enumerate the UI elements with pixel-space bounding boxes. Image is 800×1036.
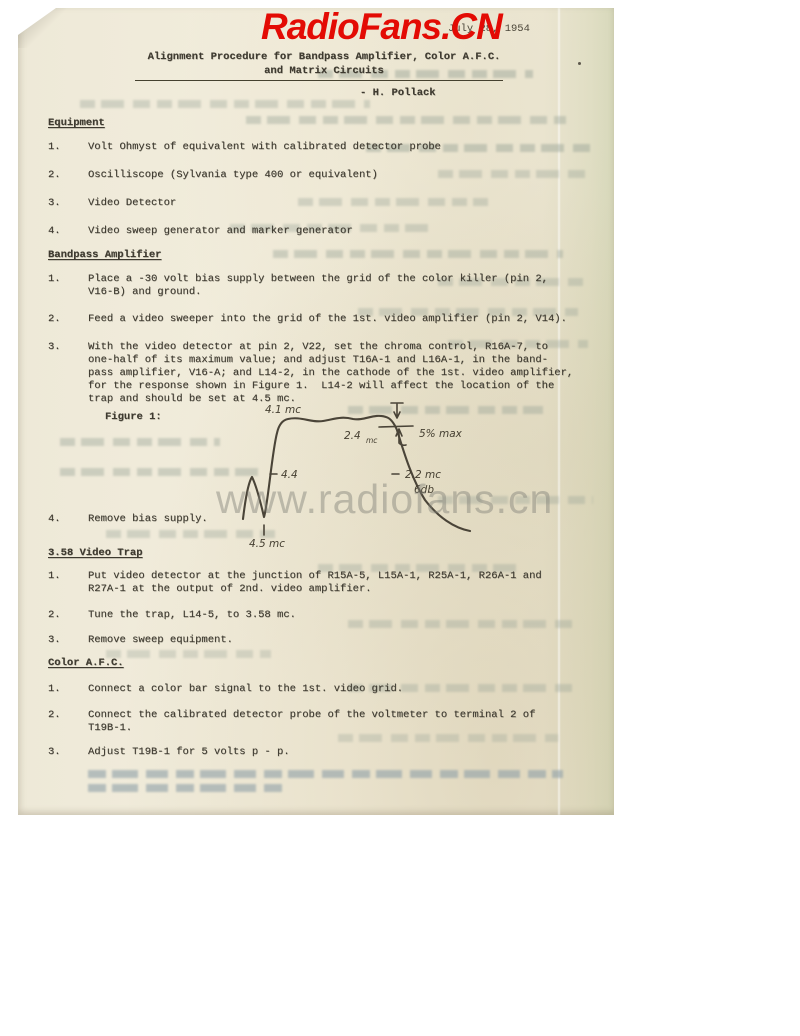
list-number: 3. [48,746,88,759]
list-number: 1. [48,273,88,286]
list-number: 4. [48,513,88,526]
bleed-through-text [60,438,220,446]
list-number: 3. [48,634,88,647]
list-item: 1.Connect a color bar signal to the 1st.… [48,683,403,696]
author: - H. Pollack [360,87,436,99]
list-item-text: Volt Ohmyst of equivalent with calibrate… [88,141,441,153]
list-item-continuation: T19B-1. [88,722,132,735]
list-item-text: for the response shown in Figure 1. L14-… [88,380,554,392]
bleed-through-text [298,198,488,206]
paper-crease [558,8,560,815]
radiofans-watermark: RadioFans.CN [261,6,502,48]
list-item-text: T19B-1. [88,722,132,734]
list-item-text: Remove sweep equipment. [88,634,233,646]
list-item: 1.Put video detector at the junction of … [48,570,542,583]
annotation-4-5-mc: 4.5 mc [249,538,285,550]
list-item-text: R27A-1 at the output of 2nd. video ampli… [88,583,372,595]
list-item-text: With the video detector at pin 2, V22, s… [88,341,548,353]
bleed-through-text [80,100,370,108]
bleed-through-text [88,784,283,792]
list-item: 1.Place a -30 volt bias supply between t… [48,273,548,286]
list-item-text: Place a -30 volt bias supply between the… [88,273,548,285]
list-number: 2. [48,609,88,622]
list-item: 2.Tune the trap, L14-5, to 3.58 mc. [48,609,296,622]
list-item: 1.Volt Ohmyst of equivalent with calibra… [48,141,441,154]
list-number: 2. [48,313,88,326]
annotation-5-percent-max: 5% max [419,428,463,440]
section-heading-color-afc: Color A.F.C. [48,657,124,669]
list-item-text: Tune the trap, L14-5, to 3.58 mc. [88,609,296,621]
annotation-4-1-mc: 4.1 mc [265,404,301,416]
list-item-continuation: pass amplifier, V16-A; and L14-2, in the… [88,367,573,380]
bleed-through-text [273,250,563,258]
bleed-through-text [348,620,573,628]
list-number: 1. [48,570,88,583]
figure-label: Figure 1: [105,411,162,423]
bleed-through-text [338,734,558,742]
list-item-text: V16-B) and ground. [88,286,201,298]
list-item: 2.Feed a video sweeper into the grid of … [48,313,567,326]
list-item-text: Remove bias supply. [88,513,208,525]
list-number: 1. [48,683,88,696]
list-item: 3.Video Detector [48,197,176,210]
section-heading-video-trap: 3.58 Video Trap [48,547,143,559]
ink-speck [578,62,581,65]
list-number: 2. [48,169,88,182]
title-underline [135,80,503,81]
bleed-through-text [88,770,563,778]
section-heading-bandpass-amplifier: Bandpass Amplifier [48,249,161,261]
list-item-text: Adjust T19B-1 for 5 volts p - p. [88,746,290,758]
list-item-continuation: one-half of its maximum value; and adjus… [88,354,548,367]
bleed-through-text [438,170,588,178]
list-item-text: one-half of its maximum value; and adjus… [88,354,548,366]
list-number: 2. [48,709,88,722]
list-item-text: Put video detector at the junction of R1… [88,570,542,582]
document-title: Alignment Procedure for Bandpass Amplifi… [133,51,515,78]
list-item-text: Connect the calibrated detector probe of… [88,709,535,721]
list-item-continuation: R27A-1 at the output of 2nd. video ampli… [88,583,372,596]
list-item-continuation: V16-B) and ground. [88,286,201,299]
annotation-2-4: 2.4 [344,430,361,442]
title-line-2: and Matrix Circuits [264,65,384,77]
annotation-2-4-unit: mc [366,436,378,445]
list-item: 2.Oscilliscope (Sylvania type 400 or equ… [48,169,378,182]
ripple-marker [379,403,413,445]
list-item-text: Video sweep generator and marker generat… [88,225,353,237]
list-item: 3.With the video detector at pin 2, V22,… [48,341,548,354]
list-item-text: pass amplifier, V16-A; and L14-2, in the… [88,367,573,379]
list-item: 3.Adjust T19B-1 for 5 volts p - p. [48,746,290,759]
list-item: 4.Video sweep generator and marker gener… [48,225,353,238]
list-item: 3.Remove sweep equipment. [48,634,233,647]
bleed-through-text [106,650,271,658]
list-number: 3. [48,197,88,210]
scanned-page: July 28, 1954 Alignment Procedure for Ba… [18,8,614,815]
list-item-continuation: for the response shown in Figure 1. L14-… [88,380,554,393]
bleed-through-text [246,116,566,124]
title-line-1: Alignment Procedure for Bandpass Amplifi… [148,51,501,63]
list-item: 4.Remove bias supply. [48,513,208,526]
list-item-text: Video Detector [88,197,176,209]
radiofans-url-watermark: www.radiofans.cn [216,476,553,523]
list-number: 1. [48,141,88,154]
list-number: 3. [48,341,88,354]
list-item-text: Feed a video sweeper into the grid of th… [88,313,567,325]
section-heading-equipment: Equipment [48,117,105,129]
list-item-text: Oscilliscope (Sylvania type 400 or equiv… [88,169,378,181]
list-item-text: Connect a color bar signal to the 1st. v… [88,683,403,695]
list-item: 2.Connect the calibrated detector probe … [48,709,535,722]
list-number: 4. [48,225,88,238]
folded-corner [18,8,70,48]
